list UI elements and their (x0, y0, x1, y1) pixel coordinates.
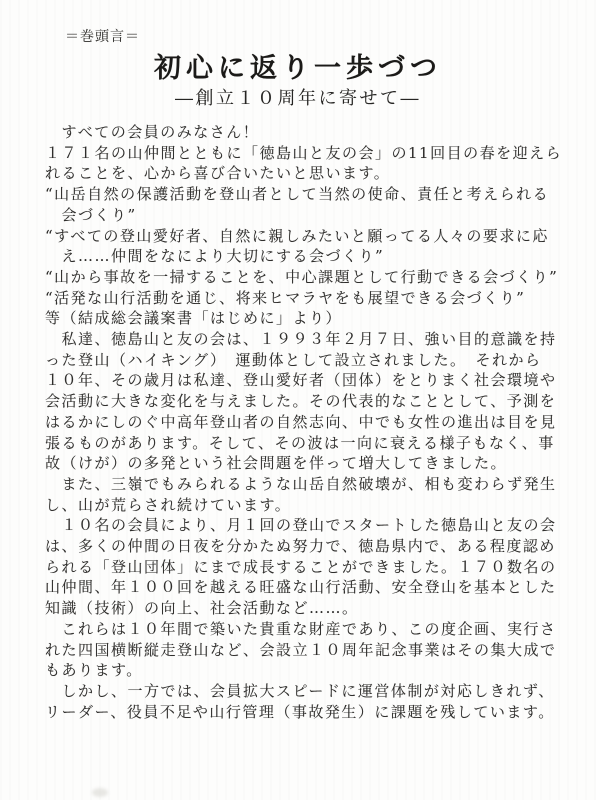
text-line: “活発な山行活動を通じ、将来ヒマラヤをも展望できる会づくり” (45, 288, 566, 309)
text-line: れた四国横断縦走登山など、会設立１０周年記念事業はその集大成で (45, 640, 566, 661)
text-line: また、三嶺でもみられるような山岳自然破壊が、相も変わらず発生 (45, 474, 566, 495)
scanned-document-page: ＝巻頭言＝ 初心に返り一歩づつ ―創立１０周年に寄せて― すべての会員のみなさん… (0, 0, 596, 800)
text-line: 等（結成総会議案書「はじめに」より） (45, 308, 566, 329)
scan-smudge-artifact (92, 788, 108, 797)
text-line: し、山が荒らされ続けています。 (45, 495, 566, 516)
text-line: 知識（技術）の向上、社会活動など……。 (45, 598, 566, 619)
text-line: った登山（ハイキング） 運動体として設立されました。 それから (45, 350, 566, 371)
text-line: すべての会員のみなさん！ (45, 122, 566, 143)
text-line: 会活動に大きな変化を与えました。その代表的なこととして、予測を (45, 391, 566, 412)
section-kicker: ＝巻頭言＝ (65, 26, 140, 46)
page-title: 初心に返り一歩づつ (0, 46, 596, 85)
text-line: 私達、徳島山と友の会は、１９９３年２月７日、強い目的意識を持 (45, 329, 566, 350)
text-line: “山から事故を一掃することを、中心課題として行動できる会づくり” (45, 267, 566, 288)
text-line: １０名の会員により、月１回の登山でスタートした徳島山と友の会 (45, 515, 566, 536)
text-line: 会づくり” (45, 205, 566, 226)
text-line: しかし、一方では、会員拡大スピードに運営体制が対応しきれず、 (45, 681, 566, 702)
text-line: 張るものがあります。そして、その波は一向に衰える様子もなく、事 (45, 433, 566, 454)
page-subtitle: ―創立１０周年に寄せて― (0, 84, 596, 110)
text-line: はるかにしのぐ中高年登山者の自然志向、中でも女性の進出は目を見 (45, 412, 566, 433)
text-line: “山岳自然の保護活動を登山者として当然の使命、責任と考えられる (45, 184, 566, 205)
text-line: １０年、その歳月は私達、登山愛好者（団体）をとりまく社会環境や (45, 370, 566, 391)
text-line: １７１名の山仲間とともに「徳島山と友の会」の11回目の春を迎えら (45, 143, 566, 164)
text-line: 故（けが）の多発という社会問題を伴って増大してきました。 (45, 453, 566, 474)
text-line: 山仲間、年１００回を越える旺盛な山行活動、安全登山を基本とした (45, 577, 566, 598)
text-line: れることを、心から喜び合いたいと思います。 (45, 163, 566, 184)
text-line: られる「登山団体」にまで成長することができました。１７０数名の (45, 557, 566, 578)
text-line: これらは１０年間で築いた貴重な財産であり、この度企画、実行さ (45, 619, 566, 640)
text-line: “すべての登山愛好者、自然に親しみたいと願ってる人々の要求に応 (45, 226, 566, 247)
text-line: もあります。 (45, 660, 566, 681)
text-line: え……仲間をなにより大切にする会づくり” (45, 246, 566, 267)
text-line: は、多くの仲間の日夜を分かたぬ努力で、徳島県内で、ある程度認め (45, 536, 566, 557)
text-line: リーダー、役員不足や山行管理（事故発生）に課題を残しています。 (45, 702, 566, 723)
document-body: すべての会員のみなさん！ １７１名の山仲間とともに「徳島山と友の会」の11回目の… (45, 122, 566, 722)
